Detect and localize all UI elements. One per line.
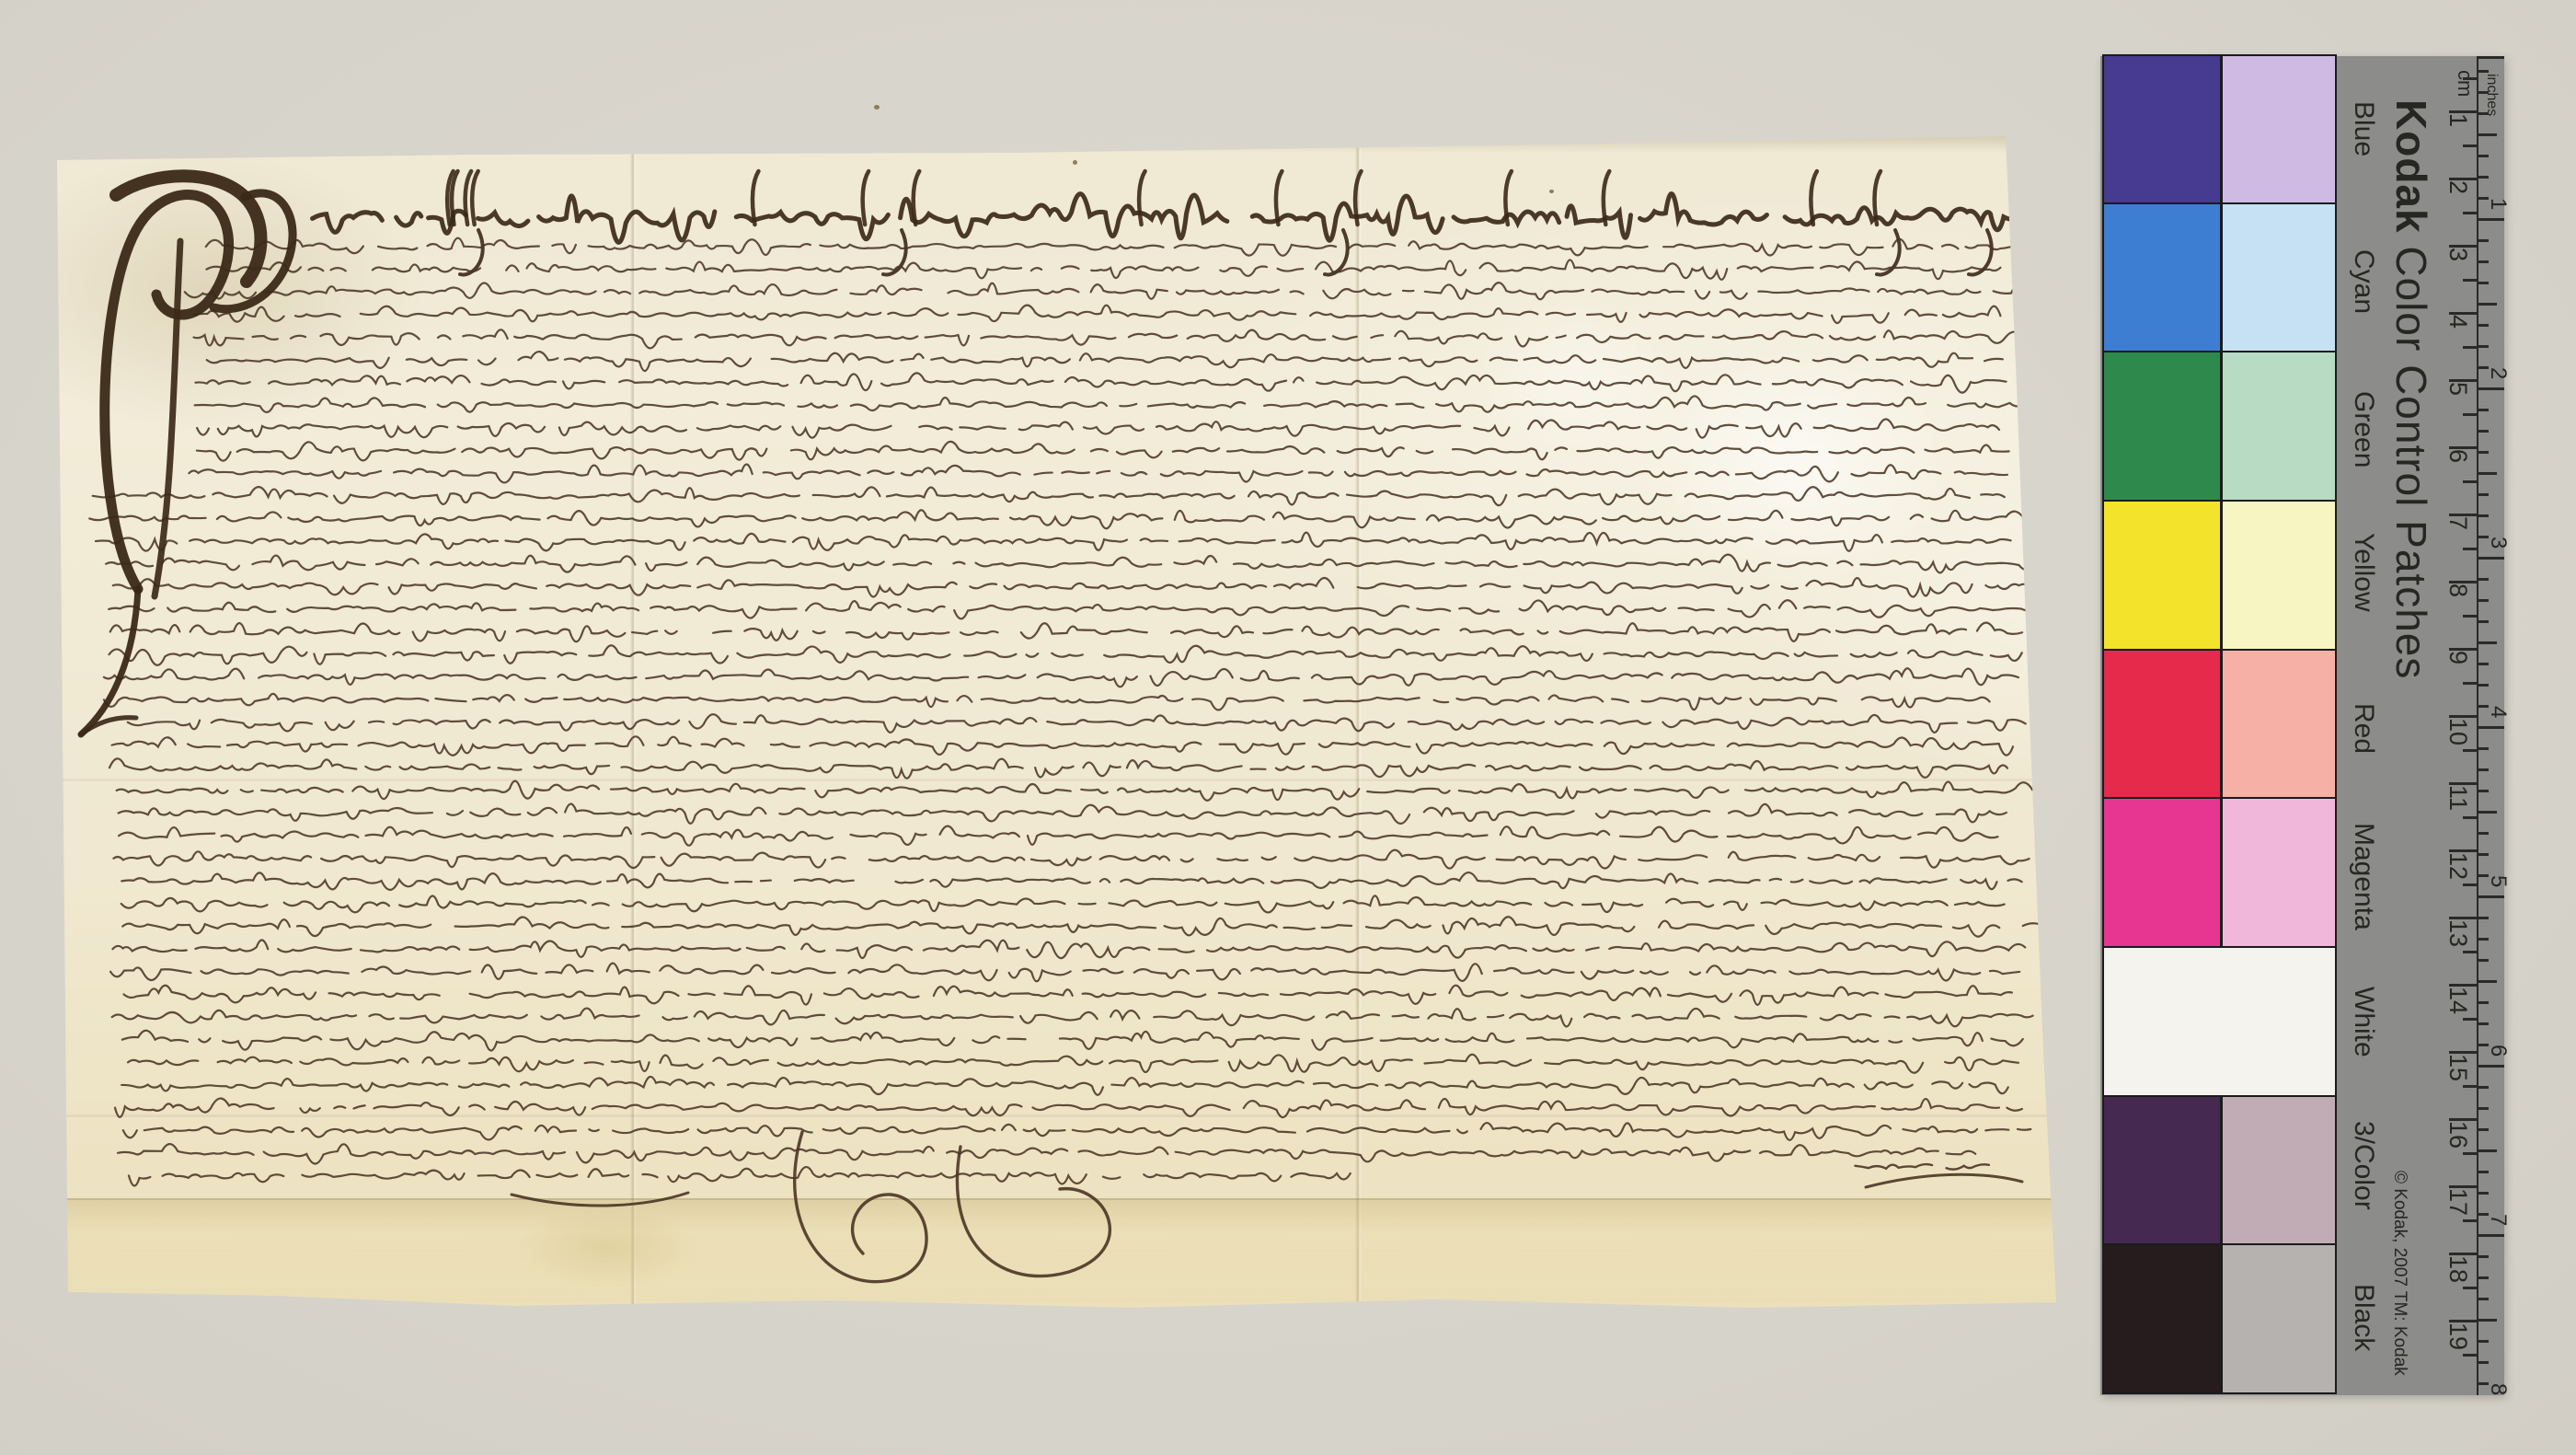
inch-tick-eighth [2477, 282, 2489, 284]
cm-tick-half [2463, 413, 2477, 416]
cm-tick-half [2463, 749, 2477, 752]
inch-tick-half [2477, 1319, 2497, 1322]
speck [874, 105, 880, 110]
patch-white-left [2104, 948, 2335, 1095]
cm-number: 2 [2445, 180, 2470, 194]
inch-tick-eighth [2477, 239, 2489, 242]
inch-tick-eighth [2477, 1171, 2489, 1173]
patch-3color-right [2223, 1097, 2335, 1243]
inch-tick-major [2477, 895, 2504, 898]
card-title: Kodak Color Control Patches [2388, 99, 2434, 679]
cm-tick-half [2463, 480, 2477, 483]
patch-red-right [2223, 651, 2335, 797]
inch-tick-eighth [2477, 324, 2489, 327]
cm-number: 3 [2445, 248, 2470, 261]
patch-row-label: Cyan [2348, 249, 2379, 314]
cm-number: 1 [2445, 113, 2470, 127]
inch-tick-major [2477, 726, 2504, 729]
inch-number: 8 [2487, 1383, 2509, 1395]
patch-row-label: Red [2348, 703, 2379, 754]
patch-green-right [2223, 352, 2335, 500]
patch-row-label: 3/Color [2348, 1121, 2379, 1210]
patch-magenta-left [2104, 799, 2220, 946]
inch-tick-eighth [2477, 832, 2489, 835]
inch-tick-eighth [2477, 790, 2489, 792]
inch-tick-eighth [2477, 768, 2489, 771]
cm-number: 19 [2445, 1322, 2470, 1350]
cm-number: 15 [2445, 1054, 2470, 1081]
cm-number: 10 [2445, 718, 2470, 745]
inch-tick-eighth [2477, 1255, 2489, 1258]
inch-tick-eighth [2477, 938, 2489, 941]
cm-number: 8 [2445, 583, 2470, 597]
inch-tick-eighth [2477, 409, 2489, 411]
inch-tick-eighth [2477, 1086, 2489, 1089]
patch-row-label: Yellow [2348, 533, 2379, 612]
patch-cyan-left [2104, 204, 2220, 351]
patch-row-label: Magenta [2348, 823, 2379, 930]
card-title-rest: Color Control Patches [2387, 234, 2435, 680]
patch-row-label: White [2348, 987, 2379, 1057]
patch-red-left [2104, 651, 2220, 797]
kodak-brand-wordmark: Kodak [2387, 99, 2435, 234]
scanned-archive-image: Kodak Color Control Patches © Kodak, 200… [0, 0, 2576, 1455]
inch-tick-eighth [2477, 663, 2489, 665]
cm-number: 12 [2445, 852, 2470, 880]
inch-number: 2 [2487, 367, 2509, 379]
cm-number: 16 [2445, 1121, 2470, 1149]
inch-tick-half [2477, 980, 2497, 983]
cm-tick-half [2463, 1219, 2477, 1222]
inch-number: 6 [2487, 1045, 2509, 1057]
inch-tick-major [2477, 1234, 2504, 1237]
patch-black-right [2223, 1245, 2335, 1392]
inch-tick-eighth [2477, 155, 2489, 157]
inch-tick-eighth [2477, 1022, 2489, 1025]
inch-tick-major [2477, 557, 2504, 560]
inch-tick-eighth [2477, 430, 2489, 433]
inch-number: 4 [2487, 706, 2509, 718]
cm-number: 13 [2445, 919, 2470, 947]
patch-row-label: Black [2348, 1284, 2379, 1351]
patch-blue-left [2104, 56, 2220, 202]
cm-number: 4 [2445, 315, 2470, 329]
inch-tick-eighth [2477, 70, 2489, 73]
inch-tick-eighth [2477, 1107, 2489, 1110]
cm-tick-half [2463, 212, 2477, 214]
inch-tick-half [2477, 641, 2497, 644]
inch-tick-half [2477, 472, 2497, 475]
ruler-cm-label: cm [2454, 70, 2476, 97]
inch-tick-eighth [2477, 853, 2489, 856]
inch-tick-eighth [2477, 684, 2489, 687]
ruler-inches-label: inches [2484, 74, 2500, 116]
cm-tick-half [2463, 346, 2477, 349]
cm-tick-half [2463, 77, 2477, 80]
inch-tick-eighth [2477, 620, 2489, 623]
inch-tick-eighth [2477, 1128, 2489, 1131]
inch-tick-eighth [2477, 345, 2489, 348]
card-copyright: © Kodak, 2007 TM: Kodak [2390, 1171, 2409, 1376]
inch-tick-eighth [2477, 747, 2489, 750]
cm-number: 9 [2445, 651, 2470, 664]
inch-tick-eighth [2477, 176, 2489, 179]
cm-tick-half [2463, 883, 2477, 886]
patch-3color-left [2104, 1097, 2220, 1243]
speck [1549, 190, 1554, 193]
inch-tick-eighth [2477, 451, 2489, 454]
inch-number: 1 [2487, 198, 2509, 210]
inch-tick-eighth [2477, 578, 2489, 581]
inch-number: 7 [2487, 1214, 2509, 1226]
inch-tick-major [2477, 387, 2504, 390]
inch-tick-eighth [2477, 91, 2489, 94]
inch-tick-eighth [2477, 1192, 2489, 1195]
patch-black-left [2104, 1245, 2220, 1392]
inch-tick-eighth [2477, 1001, 2489, 1004]
inch-tick-eighth [2477, 599, 2489, 602]
patch-row-label: Green [2348, 391, 2379, 468]
cm-number: 11 [2445, 785, 2470, 811]
cm-tick-half [2463, 816, 2477, 819]
cm-tick-half [2463, 1018, 2477, 1021]
inch-tick-eighth [2477, 260, 2489, 263]
cm-tick-half [2463, 951, 2477, 953]
inch-tick-half [2477, 133, 2497, 136]
inch-tick-major [2477, 218, 2504, 221]
inch-tick-half [2477, 811, 2497, 814]
patch-yellow-left [2104, 502, 2220, 649]
inch-number: 3 [2487, 537, 2509, 549]
inch-tick-eighth [2477, 514, 2489, 517]
speck [1073, 160, 1077, 165]
cm-tick-half [2463, 548, 2477, 550]
patch-magenta-right [2223, 799, 2335, 946]
patch-blue-right [2223, 56, 2335, 202]
inch-tick-eighth [2477, 493, 2489, 496]
inch-tick-eighth [2477, 112, 2489, 115]
patch-yellow-right [2223, 502, 2335, 649]
cm-tick-half [2463, 682, 2477, 685]
inch-tick-eighth [2477, 1276, 2489, 1279]
cm-number: 5 [2445, 382, 2470, 396]
cm-number: 7 [2445, 516, 2470, 530]
inch-tick-eighth [2477, 917, 2489, 919]
inch-tick-eighth [2477, 1361, 2489, 1364]
inch-tick-eighth [2477, 1298, 2489, 1300]
cm-tick-half [2463, 1085, 2477, 1088]
inch-number: 5 [2487, 875, 2509, 887]
cm-number: 6 [2445, 449, 2470, 463]
cm-tick-half [2463, 1354, 2477, 1357]
inch-tick-major [2477, 1065, 2504, 1068]
inch-tick-half [2477, 1149, 2497, 1152]
cm-number: 18 [2445, 1255, 2470, 1283]
patch-row-label: Blue [2348, 101, 2379, 156]
ruler-top-line [2477, 56, 2504, 59]
inch-tick-half [2477, 303, 2497, 306]
cm-number: 14 [2445, 987, 2470, 1014]
patch-cyan-right [2223, 204, 2335, 351]
inch-tick-eighth [2477, 959, 2489, 962]
cm-tick-half [2463, 279, 2477, 282]
inch-tick-eighth [2477, 1340, 2489, 1343]
patch-green-left [2104, 352, 2220, 500]
cm-tick-half [2463, 1152, 2477, 1155]
cm-tick-half [2463, 144, 2477, 147]
cm-number: 17 [2445, 1188, 2470, 1216]
cm-tick-half [2463, 615, 2477, 618]
cm-tick-half [2463, 1287, 2477, 1289]
